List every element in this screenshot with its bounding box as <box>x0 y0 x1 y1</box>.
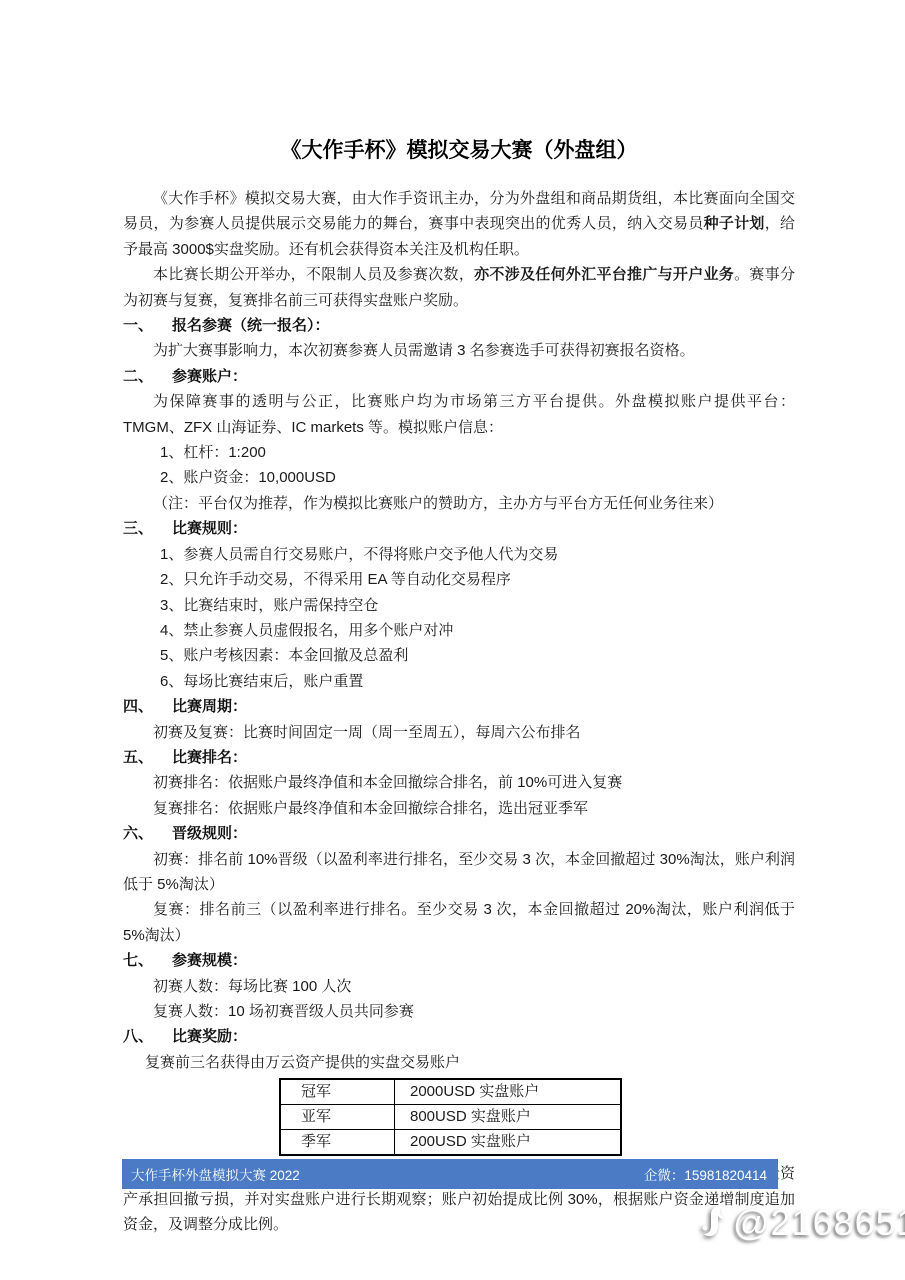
intro-1-pre: 《大作手杯》模拟交易大赛，由大作手资讯主办，分为外盘组和商品期货组，本比赛面向全… <box>123 190 795 232</box>
section-heading: 一、报名参赛（统一报名）： <box>123 313 795 338</box>
section-line: 复赛排名：依据账户最终净值和本金回撤综合排名，选出冠亚季军 <box>123 796 795 821</box>
prize-rank: 亚军 <box>280 1105 395 1130</box>
table-row: 冠军 2000USD 实盘账户 <box>280 1079 621 1105</box>
section-title: 参赛规模： <box>172 952 247 969</box>
section-line: 为保障赛事的透明与公正，比赛账户均为市场第三方平台提供。外盘模拟账户提供平台：T… <box>123 389 795 440</box>
intro-2-bold: 亦不涉及任何外汇平台推广与开户业务 <box>474 266 734 283</box>
intro-2-pre: 本比赛长期公开举办，不限制人员及参赛次数， <box>153 266 474 283</box>
prize-value: 2000USD 实盘账户 <box>395 1079 622 1105</box>
section-line: 初赛及复赛：比赛时间固定一周（周一至周五），每周六公布排名 <box>123 720 795 745</box>
section-line: 3、比赛结束时，账户需保持空仓 <box>123 593 795 618</box>
page-title: 《大作手杯》模拟交易大赛（外盘组） <box>123 136 795 166</box>
footer-contact-text: 企微：15981820414 <box>644 1164 767 1184</box>
section-line: 复赛：排名前三（以盈利率进行排名。至少交易 3 次，本金回撤超过 20%淘汰，账… <box>123 897 795 948</box>
section-title: 参赛账户： <box>172 368 247 385</box>
prize-table: 冠军 2000USD 实盘账户 亚军 800USD 实盘账户 季军 200USD… <box>279 1078 622 1156</box>
section-line: 6、每场比赛结束后，账户重置 <box>123 669 795 694</box>
section-title: 比赛奖励： <box>172 1028 247 1045</box>
footer-left-text: 大作手杯外盘模拟大赛 2022 <box>131 1164 300 1184</box>
watermark-id-text: @2168651 <box>733 1202 905 1244</box>
section-number: 一、 <box>123 313 172 338</box>
prize-rank: 冠军 <box>280 1079 395 1105</box>
section-line: 2、账户资金：10,000USD <box>123 465 795 490</box>
section-number: 三、 <box>123 516 172 541</box>
sections: 一、报名参赛（统一报名）：为扩大赛事影响力，本次初赛参赛人员需邀请 3 名参赛选… <box>123 313 795 1075</box>
footer-bar: 大作手杯外盘模拟大赛 2022 企微：15981820414 <box>122 1159 778 1189</box>
section-number: 四、 <box>123 694 172 719</box>
table-row: 季军 200USD 实盘账户 <box>280 1130 621 1156</box>
section-line: 初赛：排名前 10%晋级（以盈利率进行排名，至少交易 3 次，本金回撤超过 30… <box>123 847 795 898</box>
section-line: 5、账户考核因素：本金回撤及总盈利 <box>123 643 795 668</box>
section-heading: 六、晋级规则： <box>123 821 795 846</box>
section-number: 五、 <box>123 745 172 770</box>
section-title: 比赛规则： <box>172 520 247 537</box>
section-line: 1、杠杆：1:200 <box>123 440 795 465</box>
section-line: 为扩大赛事影响力，本次初赛参赛人员需邀请 3 名参赛选手可获得初赛报名资格。 <box>123 338 795 363</box>
watermark: @2168651 <box>696 1202 905 1244</box>
intro-paragraph-1: 《大作手杯》模拟交易大赛，由大作手资讯主办，分为外盘组和商品期货组，本比赛面向全… <box>123 186 795 262</box>
document-page: 《大作手杯》模拟交易大赛（外盘组） 《大作手杯》模拟交易大赛，由大作手资讯主办，… <box>0 0 905 1280</box>
watermark-logo-icon <box>696 1204 730 1242</box>
section-number: 七、 <box>123 948 172 973</box>
section-title: 晋级规则： <box>172 825 247 842</box>
section-number: 二、 <box>123 364 172 389</box>
section-line: 4、禁止参赛人员虚假报名，用多个账户对冲 <box>123 618 795 643</box>
section-title: 比赛周期： <box>172 698 247 715</box>
section-line: 初赛人数：每场比赛 100 人次 <box>123 974 795 999</box>
section-heading: 二、参赛账户： <box>123 364 795 389</box>
section-title: 报名参赛（统一报名）： <box>172 317 330 334</box>
section-heading: 四、比赛周期： <box>123 694 795 719</box>
section-line: 复赛前三名获得由万云资产提供的实盘交易账户 <box>123 1050 795 1075</box>
section-heading: 三、比赛规则： <box>123 516 795 541</box>
section-line: 2、只允许手动交易，不得采用 EA 等自动化交易程序 <box>123 567 795 592</box>
section-number: 八、 <box>123 1024 172 1049</box>
intro-1-bold: 种子计划 <box>704 215 765 232</box>
section-line: 复赛人数：10 场初赛晋级人员共同参赛 <box>123 999 795 1024</box>
document-body: 《大作手杯》模拟交易大赛（外盘组） 《大作手杯》模拟交易大赛，由大作手资讯主办，… <box>123 136 795 1237</box>
prize-value: 800USD 实盘账户 <box>395 1105 622 1130</box>
table-row: 亚军 800USD 实盘账户 <box>280 1105 621 1130</box>
prize-rank: 季军 <box>280 1130 395 1156</box>
section-line: 1、参赛人员需自行交易账户，不得将账户交予他人代为交易 <box>123 542 795 567</box>
section-heading: 七、参赛规模： <box>123 948 795 973</box>
prize-value: 200USD 实盘账户 <box>395 1130 622 1156</box>
section-heading: 八、比赛奖励： <box>123 1024 795 1049</box>
section-line: （注：平台仅为推荐，作为模拟比赛账户的赞助方，主办方与平台方无任何业务往来） <box>123 491 795 516</box>
section-number: 六、 <box>123 821 172 846</box>
section-heading: 五、比赛排名： <box>123 745 795 770</box>
intro-paragraph-2: 本比赛长期公开举办，不限制人员及参赛次数，亦不涉及任何外汇平台推广与开户业务。赛… <box>123 262 795 313</box>
section-line: 初赛排名：依据账户最终净值和本金回撤综合排名，前 10%可进入复赛 <box>123 770 795 795</box>
section-title: 比赛排名： <box>172 749 247 766</box>
